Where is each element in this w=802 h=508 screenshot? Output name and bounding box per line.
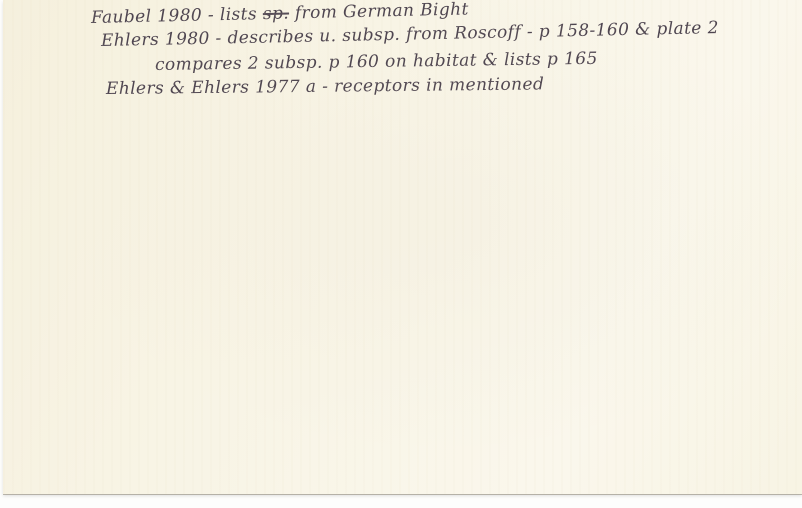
note-text: Ehlers & Ehlers 1977 a - receptors in me…	[106, 74, 544, 99]
handwritten-line-3: compares 2 subsp. p 160 on habitat & lis…	[155, 49, 598, 75]
index-card: Faubel 1980 - lists sp. from German Bigh…	[3, 0, 802, 494]
scanned-page: Faubel 1980 - lists sp. from German Bigh…	[0, 0, 802, 508]
handwritten-line-4: Ehlers & Ehlers 1977 a - receptors in me…	[106, 74, 544, 99]
note-text: Faubel 1980 - lists	[91, 4, 263, 28]
crossed-out-word: sp.	[263, 4, 290, 25]
note-text: compares 2 subsp. p 160 on habitat & lis…	[155, 49, 598, 75]
note-text: from German Bight	[289, 0, 469, 24]
